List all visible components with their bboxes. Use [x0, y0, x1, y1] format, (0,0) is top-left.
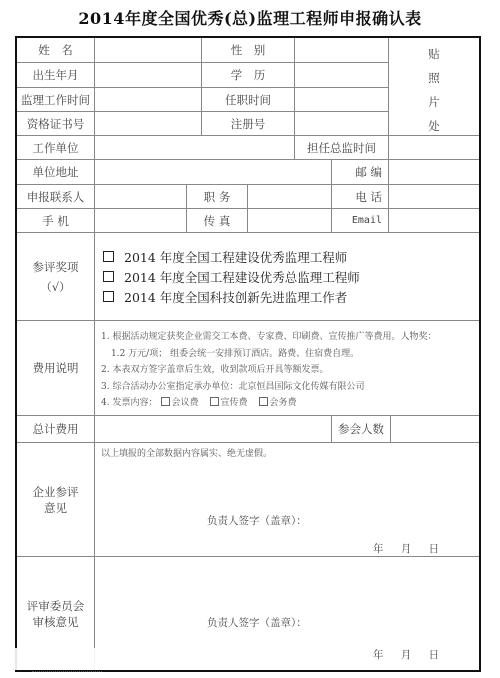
label-awards: 参评奖项 [33, 259, 79, 275]
committee-opinion-area[interactable]: 负责人签字（盖章）： 年 月 日 [95, 557, 479, 670]
award-option-1[interactable]: 2014 年度全国工程建设优秀监理工程师 [103, 248, 360, 266]
fee-note-3: 3. 综合活动办公室指定承办单位：北京恒昌国际文化传媒有限公司 [101, 379, 364, 396]
fax-field[interactable] [248, 209, 332, 233]
watermark-overlay [14, 648, 110, 670]
award-option-3[interactable]: 2014 年度全国科技创新先进监理工作者 [103, 288, 360, 306]
company-signature-label: 负责人签字（盖章）： [207, 513, 307, 528]
label-attendees: 参会人数 [332, 416, 391, 443]
award-label: 2014 年度全国工程建设优秀总监理工程师 [124, 268, 360, 286]
checkbox-icon[interactable] [103, 291, 114, 302]
checkbox-icon[interactable] [103, 271, 114, 282]
email-field[interactable] [389, 209, 479, 233]
label-committee-opinion-2: 审核意见 [33, 614, 79, 630]
address-field[interactable] [95, 160, 332, 185]
label-postcode: 邮 编 [332, 160, 389, 185]
committee-date-label: 年 月 日 [373, 647, 439, 662]
company-opinion-label: 企业参评 意见 [17, 443, 95, 557]
opinion-statement: 以上填报的全部数据内容属实、绝无虚假。 [101, 446, 272, 459]
label-gender: 性 别 [202, 38, 295, 63]
fee-note-1b: 1.2 万元/项； 组委会统一安排预订酒店。路费、住宿费自理。 [101, 346, 359, 363]
label-mobile: 手 机 [17, 209, 95, 233]
employer-field[interactable] [95, 136, 295, 160]
label-employer: 工作单位 [17, 136, 95, 160]
watermark-dots [32, 671, 102, 672]
label-awards-mark: （√） [40, 279, 70, 295]
form-title: 2014年度全国优秀(总)监理工程师申报确认表 [0, 6, 500, 29]
label-position: 职 务 [187, 185, 248, 209]
label-work-time: 监理工作时间 [17, 88, 95, 112]
appoint-time-field[interactable] [295, 88, 389, 112]
birth-field[interactable] [95, 63, 202, 88]
fee-note-4: 4. 发票内容：会议费宣传费会务费 [101, 395, 297, 412]
phone-field[interactable] [389, 185, 479, 209]
label-address: 单位地址 [17, 160, 95, 185]
checkbox-icon[interactable] [259, 397, 268, 406]
company-date-label: 年 月 日 [373, 541, 439, 556]
label-total: 总计费用 [17, 416, 95, 443]
checkbox-icon[interactable] [210, 397, 219, 406]
label-email: Email [332, 209, 389, 233]
application-form: 姓 名 性 别 贴 照 片 处 出生年月 学 历 监理工作时间 任职时间 资格证… [15, 36, 481, 672]
label-appoint-time: 任职时间 [202, 88, 295, 112]
label-phone: 电 话 [332, 185, 389, 209]
label-committee-opinion-1: 评审委员会 [27, 598, 85, 614]
label-contact: 申报联系人 [17, 185, 95, 209]
photo-area[interactable]: 贴 照 片 处 [389, 38, 479, 136]
gender-field[interactable] [295, 38, 389, 63]
invoice-option-conference: 会务费 [269, 398, 296, 408]
education-field[interactable] [295, 63, 389, 88]
work-time-field[interactable] [95, 88, 202, 112]
committee-signature-label: 负责人签字（盖章）： [207, 615, 307, 630]
invoice-label: 4. 发票内容： [101, 398, 157, 408]
fee-note-2: 2. 本表双方签字盖章后生效，收到款项后开具等额发票。 [101, 362, 328, 379]
label-fax: 传 真 [187, 209, 248, 233]
award-option-2[interactable]: 2014 年度全国工程建设优秀总监理工程师 [103, 268, 360, 286]
label-education: 学 历 [202, 63, 295, 88]
reg-no-field[interactable] [295, 112, 389, 136]
checkbox-icon[interactable] [103, 251, 114, 262]
name-field[interactable] [95, 38, 202, 63]
label-company-opinion-1: 企业参评 [33, 484, 79, 500]
label-name: 姓 名 [17, 38, 95, 63]
company-opinion-area[interactable]: 以上填报的全部数据内容属实、绝无虚假。 负责人签字（盖章）： 年 月 日 [95, 443, 479, 557]
invoice-option-meeting: 会议费 [171, 398, 198, 408]
position-field[interactable] [248, 185, 332, 209]
label-reg-no: 注册号 [202, 112, 295, 136]
attendees-field[interactable] [391, 416, 479, 443]
label-fees: 费用说明 [17, 321, 95, 416]
cert-no-field[interactable] [95, 112, 202, 136]
chief-time-field[interactable] [389, 136, 479, 160]
label-birth: 出生年月 [17, 63, 95, 88]
award-label: 2014 年度全国工程建设优秀监理工程师 [124, 248, 347, 266]
total-field[interactable] [95, 416, 332, 443]
label-cert-no: 资格证书号 [17, 112, 95, 136]
mobile-field[interactable] [95, 209, 187, 233]
fee-notes: 1. 根据活动规定获奖企业需交工本费、专家费、印刷费、宣传推广等费用。人物奖： … [95, 321, 479, 416]
award-label: 2014 年度全国科技创新先进监理工作者 [124, 288, 347, 306]
contact-field[interactable] [95, 185, 187, 209]
postcode-field[interactable] [389, 160, 479, 185]
fee-note-1: 1. 根据活动规定获奖企业需交工本费、专家费、印刷费、宣传推广等费用。人物奖： [101, 329, 436, 346]
invoice-option-publicity: 宣传费 [220, 398, 247, 408]
label-company-opinion-2: 意见 [44, 500, 67, 516]
photo-label-2: 照 [428, 66, 440, 90]
photo-label-1: 贴 [428, 42, 440, 66]
awards-options: 2014 年度全国工程建设优秀监理工程师 2014 年度全国工程建设优秀总监理工… [95, 233, 479, 321]
photo-label-3: 片 [428, 90, 440, 114]
label-chief-time: 担任总监时间 [295, 136, 389, 160]
checkbox-icon[interactable] [161, 397, 170, 406]
awards-label-cell: 参评奖项 （√） [17, 233, 95, 321]
photo-label-4: 处 [428, 114, 440, 138]
